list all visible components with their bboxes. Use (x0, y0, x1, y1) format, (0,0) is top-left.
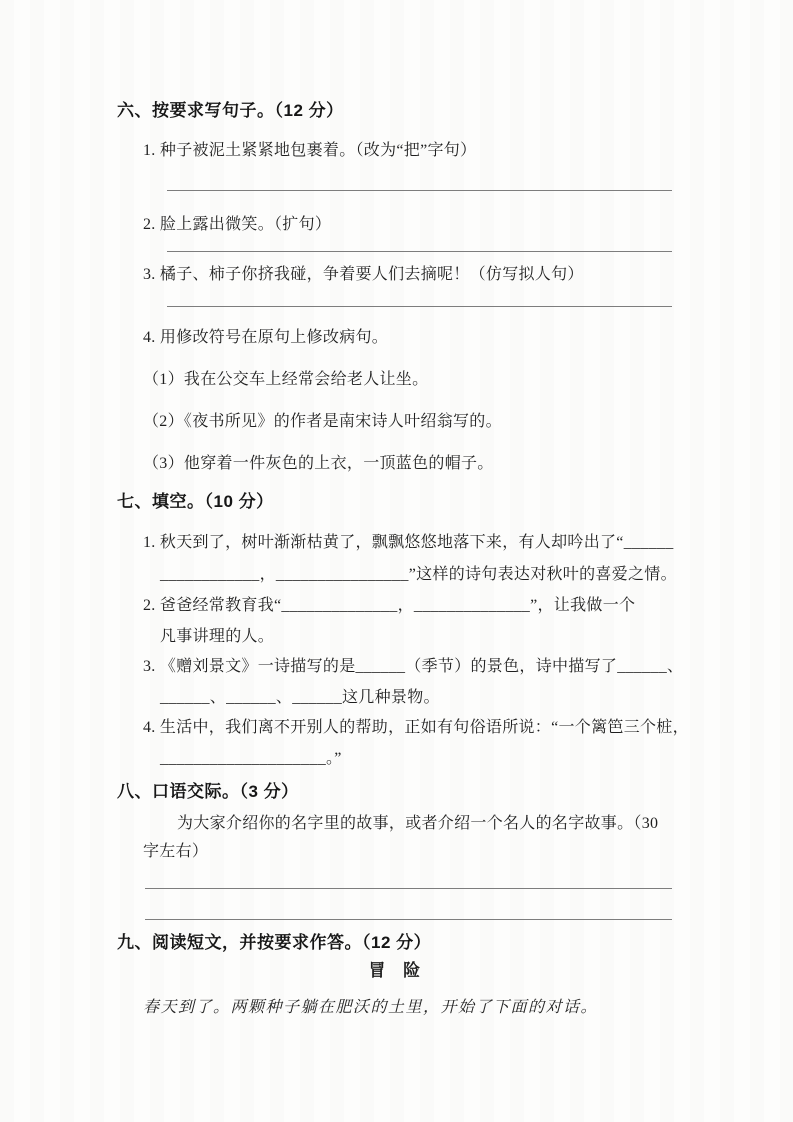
q7-item-1-line-2: ____________，________________”这样的诗句表达对秋叶… (160, 564, 672, 586)
q6-item-2: 2. 脸上露出微笑。（扩句） (143, 214, 672, 236)
q7-item-2-line-1: 2. 爸爸经常教育我“______________，______________… (143, 595, 672, 617)
q6-item-4-sub-2: （2）《夜书所见》的作者是南宋诗人叶绍翁写的。 (143, 411, 672, 433)
q6-item-4-sub-1: （1）我在公交车上经常会给老人让坐。 (143, 369, 672, 391)
q8-prompt-line-2: 字左右） (143, 841, 672, 863)
section-9-heading: 九、阅读短文，并按要求作答。（12 分） (117, 932, 672, 954)
q7-item-3-line-1: 3. 《赠刘景文》一诗描写的是______（季节）的景色，诗中描写了______… (143, 656, 672, 678)
q7-item-4-line-2: ____________________。” (160, 748, 672, 770)
q7-item-4-line-1: 4. 生活中，我们离不开别人的帮助，正如有句俗语所说：“一个篱笆三个桩， (143, 717, 672, 739)
answer-line (145, 919, 672, 920)
answer-line (167, 306, 672, 307)
q6-item-1: 1. 种子被泥土紧紧地包裹着。（改为“把”字句） (143, 140, 672, 162)
q6-item-3: 3. 橘子、柿子你挤我碰，争着要人们去摘呢！（仿写拟人句） (143, 264, 672, 286)
section-8-heading: 八、口语交际。（3 分） (117, 781, 672, 803)
q9-passage-title: 冒 险 (117, 960, 672, 982)
q7-item-1-line-1: 1. 秋天到了，树叶渐渐枯黄了，飘飘悠悠地落下来，有人却吟出了“______ (143, 532, 672, 554)
answer-line (167, 190, 672, 191)
answer-line (167, 251, 672, 252)
q6-item-4: 4. 用修改符号在原句上修改病句。 (143, 327, 672, 349)
q7-item-3-line-2: ______、______、______这几种景物。 (160, 687, 672, 709)
answer-line (145, 888, 672, 889)
q9-passage-intro: 春天到了。两颗种子躺在肥沃的土里，开始了下面的对话。 (143, 997, 672, 1019)
section-6-heading: 六、按要求写句子。（12 分） (117, 100, 672, 122)
section-7-heading: 七、填空。（10 分） (117, 491, 672, 513)
test-paper-page: 六、按要求写句子。（12 分） 1. 种子被泥土紧紧地包裹着。（改为“把”字句）… (0, 0, 793, 1122)
q6-item-4-sub-3: （3）他穿着一件灰色的上衣，一顶蓝色的帽子。 (143, 453, 672, 475)
q8-prompt-line-1: 为大家介绍你的名字里的故事，或者介绍一个名人的名字故事。（30 (177, 813, 672, 835)
q7-item-2-line-2: 凡事讲理的人。 (160, 626, 672, 648)
